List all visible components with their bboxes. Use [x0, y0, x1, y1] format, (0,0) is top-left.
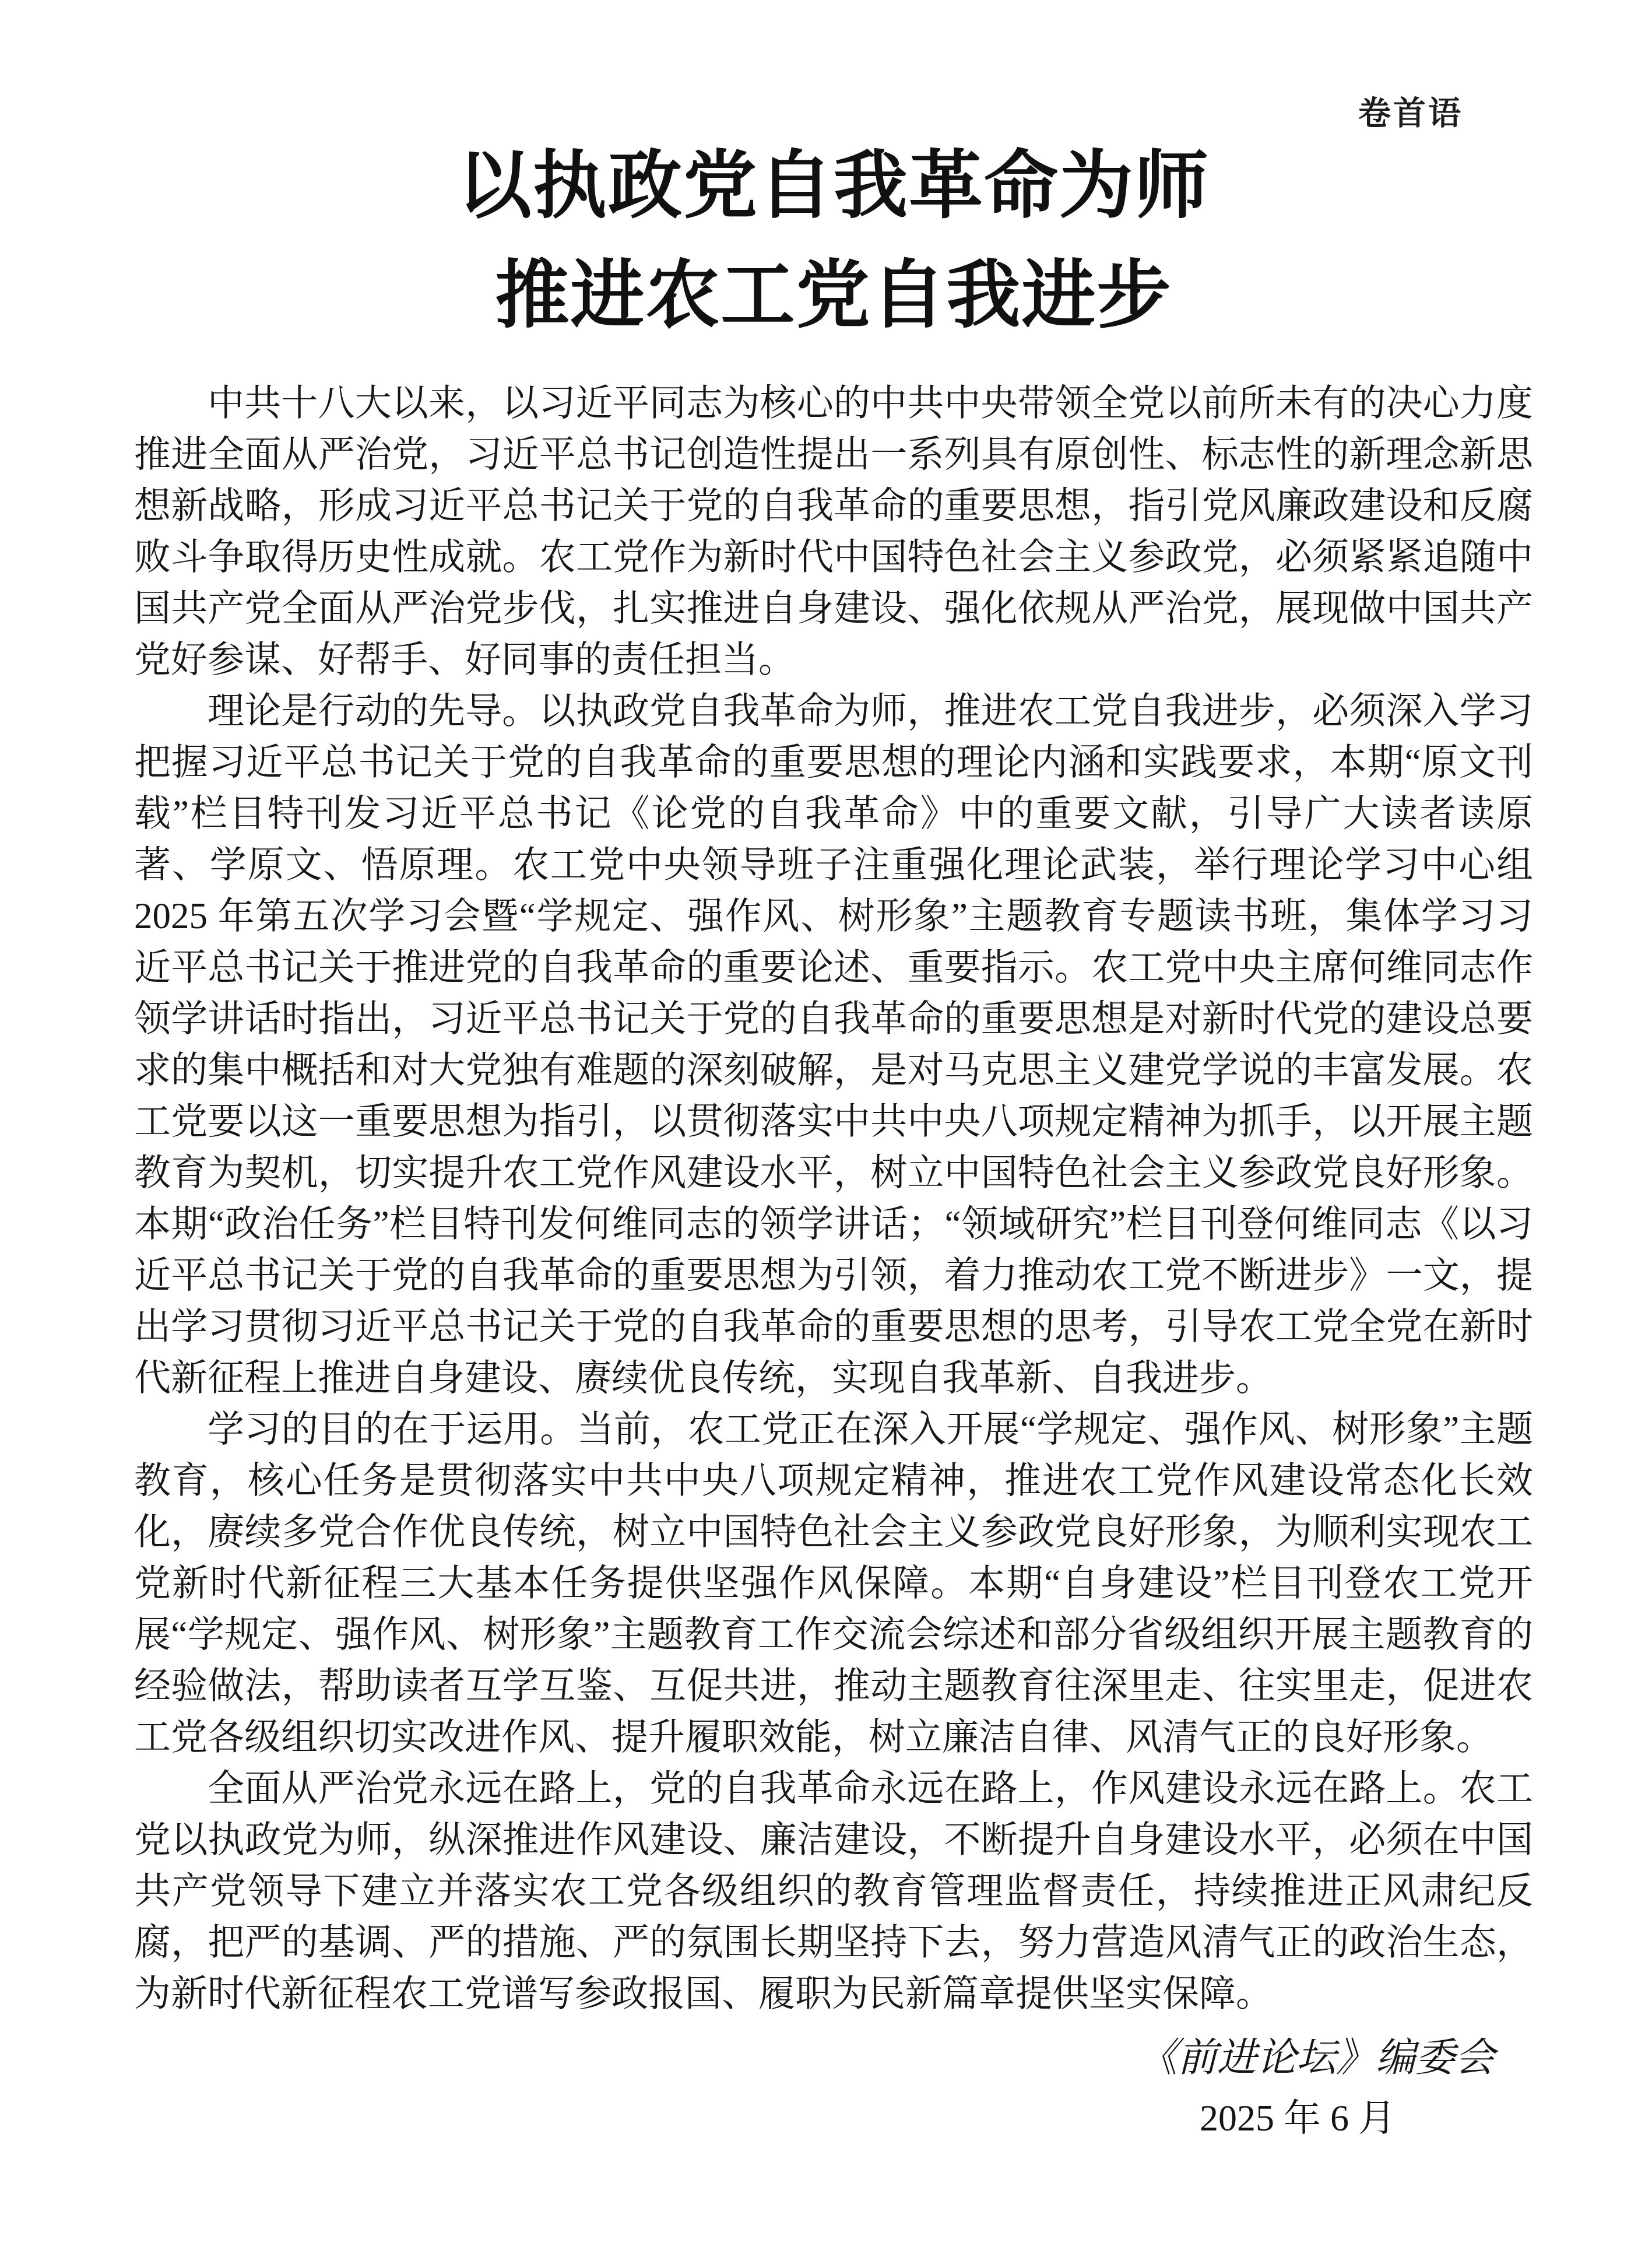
paragraph: 理论是行动的先导。以执政党自我革命为师，推进农工党自我进步，必须深入学习把握习近… — [134, 685, 1533, 1403]
paragraph: 学习的目的在于运用。当前，农工党正在深入开展“学规定、强作风、树形象”主题教育，… — [134, 1403, 1533, 1763]
document-page: 卷首语 以执政党自我革命为师 推进农工党自我进步 中共十八大以来，以习近平同志为… — [0, 0, 1652, 2243]
paragraph: 全面从严治党永远在路上，党的自我革命永远在路上，作风建设永远在路上。农工党以执政… — [134, 1763, 1533, 2019]
article-title-line-2: 推进农工党自我进步 — [134, 240, 1533, 350]
issue-date: 2025 年 6 月 — [134, 2088, 1533, 2149]
editorial-board-signature: 《前进论坛》编委会 — [134, 2027, 1533, 2088]
paragraph: 中共十八大以来，以习近平同志为核心的中共中央带领全党以前所未有的决心力度推进全面… — [134, 377, 1533, 685]
article-title: 以执政党自我革命为师 推进农工党自我进步 — [134, 131, 1533, 350]
section-label: 卷首语 — [1358, 94, 1463, 133]
article-body: 中共十八大以来，以习近平同志为核心的中共中央带领全党以前所未有的决心力度推进全面… — [134, 377, 1533, 2019]
article-title-line-1: 以执政党自我革命为师 — [134, 131, 1533, 240]
